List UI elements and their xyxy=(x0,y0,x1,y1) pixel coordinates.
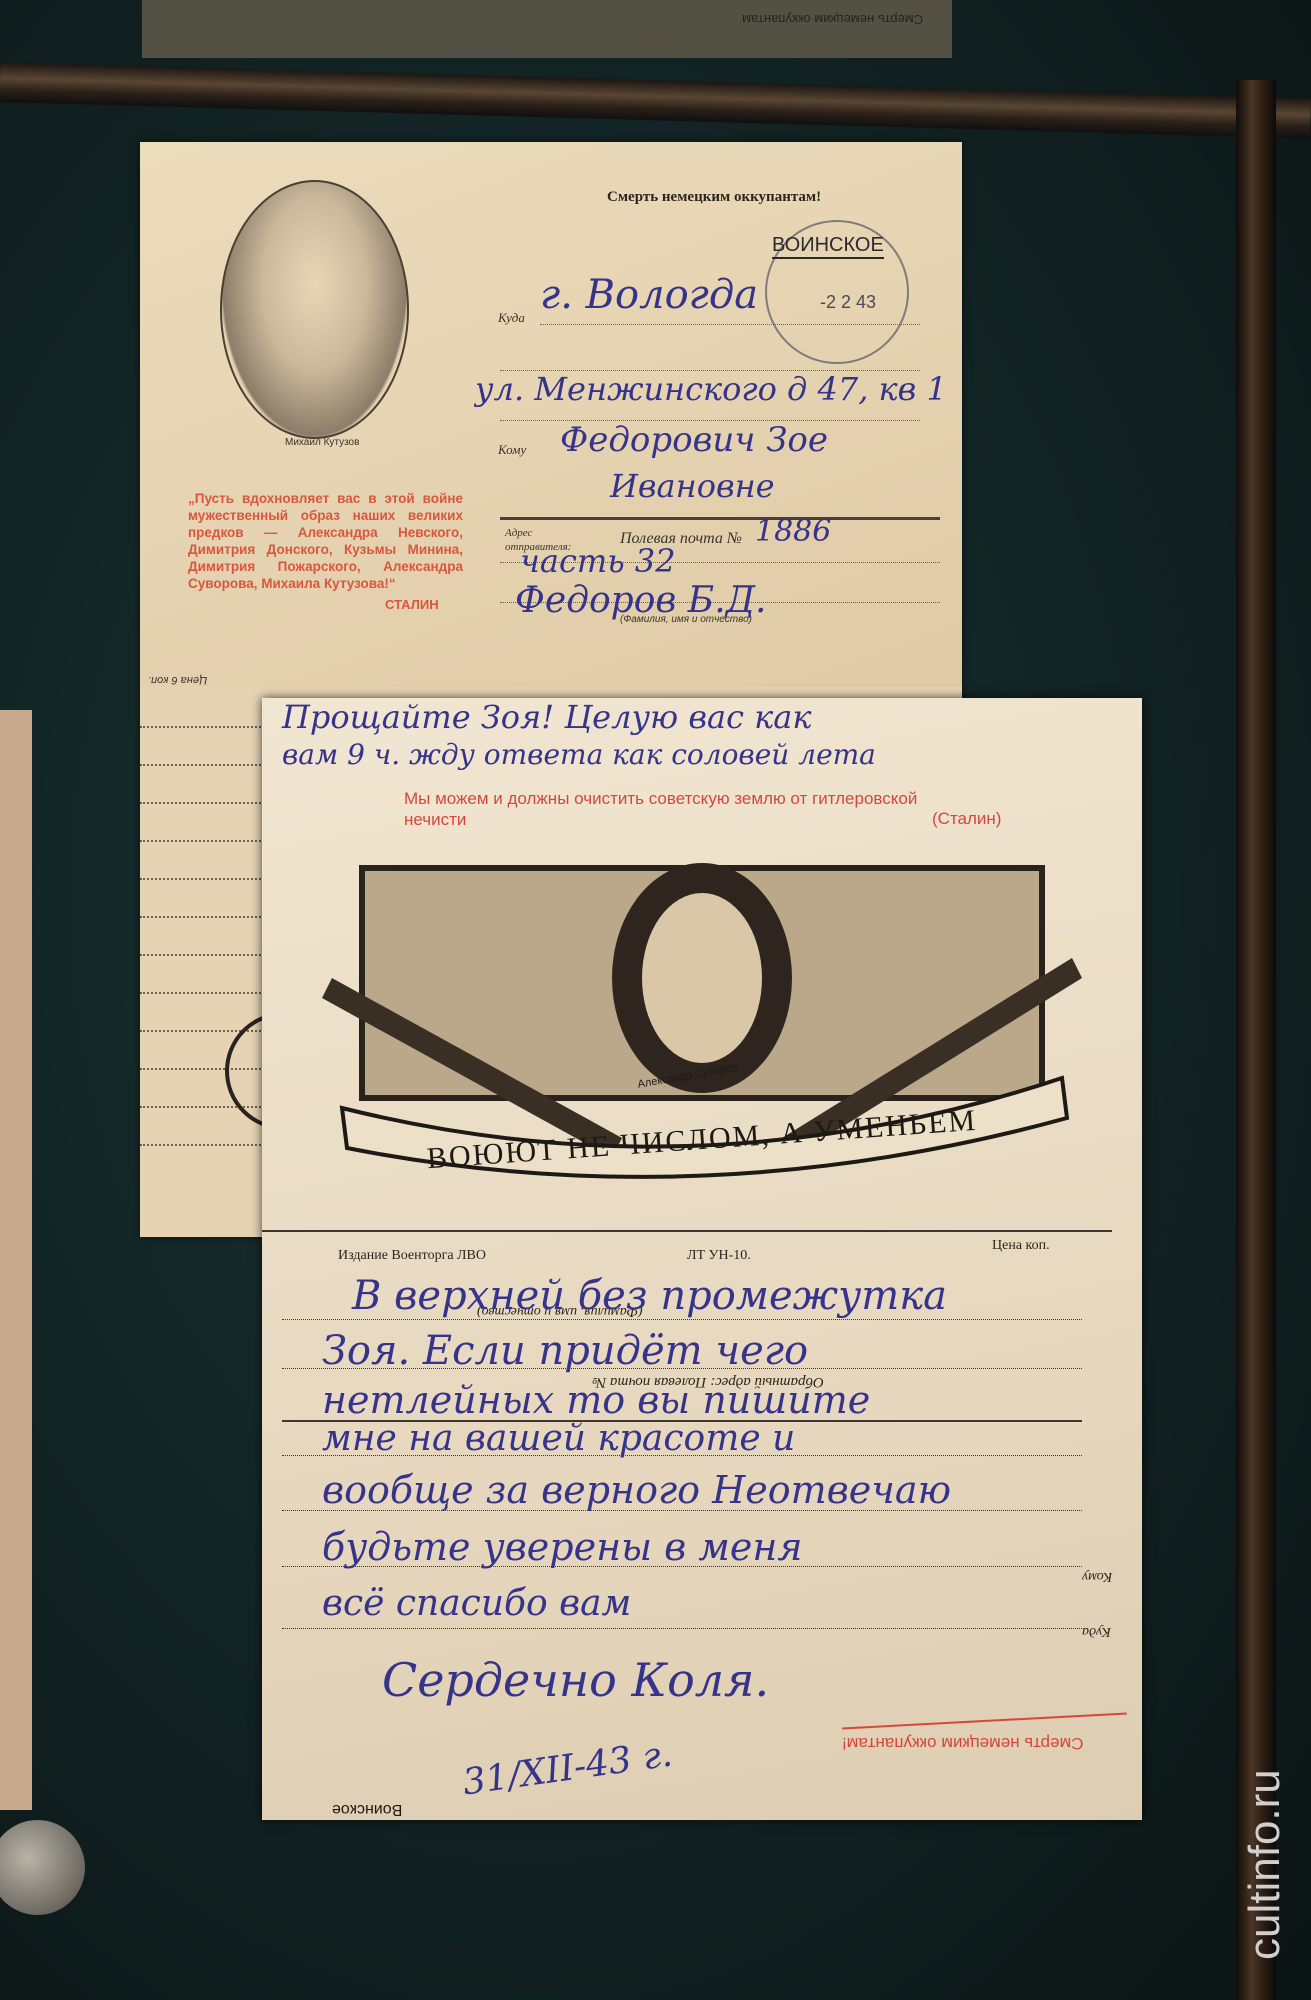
print-code: ЛТ УН-10. xyxy=(687,1248,751,1264)
signature: Сердечно Коля. xyxy=(382,1653,769,1707)
quote-author: СТАЛИН xyxy=(385,597,439,612)
writing-line-1 xyxy=(282,1319,1082,1320)
card-slogan: Смерть немецким оккупантам! xyxy=(607,189,821,206)
whom-name-line1: Федорович Зое xyxy=(560,420,828,460)
field-post-number: 1886 xyxy=(755,514,831,549)
frame-edge-top xyxy=(0,62,1311,139)
portrait-caption: Михаил Кутузов xyxy=(285,437,359,448)
body-line-1: В верхней без промежутка xyxy=(352,1273,947,1319)
letter-date: 31/XII-43 г. xyxy=(460,1734,675,1804)
coin xyxy=(0,1820,85,1915)
letter-top-line-2: вам 9 ч. жду ответа как соловей лета xyxy=(282,738,876,771)
reversed-where: Куда xyxy=(1082,1623,1111,1639)
postmark-label: ВОИНСКОЕ xyxy=(772,234,884,259)
unit-number: часть 32 xyxy=(520,542,676,580)
kutuzov-portrait-icon xyxy=(220,180,409,439)
to-label: Куда xyxy=(498,310,525,326)
background-document-top: Смерть немецким оккупантам xyxy=(142,0,952,58)
body-line-2: Зоя. Если придёт чего xyxy=(322,1328,808,1374)
postmark-date: -2 2 43 xyxy=(820,292,876,313)
reversed-slogan: Смерть немецким оккупантам! xyxy=(842,1733,1083,1753)
body-line-4: мне на вашей красоте и xyxy=(322,1418,795,1459)
letter-slogan: Мы можем и должны очистить советскую зем… xyxy=(404,788,924,830)
watermark: cultinfo.ru xyxy=(1240,1769,1290,1960)
publisher: Издание Военторга ЛВО xyxy=(338,1248,486,1264)
field-letter: Прощайте Зоя! Целую вас как вам 9 ч. жду… xyxy=(262,698,1142,1820)
letter-top-line-1: Прощайте Зоя! Целую вас как xyxy=(282,698,811,736)
card-price: Цена 6 коп. xyxy=(148,674,207,686)
reversed-type-label: Воинское xyxy=(332,1800,402,1818)
whom-name-line2: Ивановне xyxy=(610,467,775,505)
writing-line-7 xyxy=(282,1628,1082,1629)
to-line xyxy=(540,324,920,325)
body-line-7: всё спасибо вам xyxy=(322,1583,631,1624)
partial-document-left xyxy=(0,710,32,1810)
publisher-rule xyxy=(262,1230,1112,1232)
background-document-text: Смерть немецким оккупантам xyxy=(742,12,923,27)
letter-price: Цена коп. xyxy=(992,1238,1050,1254)
address-divider xyxy=(500,517,940,520)
to-city: г. Вологда xyxy=(540,272,758,318)
stalin-quote: „Пусть вдохновляет вас в этой войне муже… xyxy=(188,490,463,592)
card-address-side: Михаил Кутузов „Пусть вдохновляет вас в … xyxy=(140,142,962,687)
letter-slogan-author: (Сталин) xyxy=(932,809,1001,829)
card-writing-lines xyxy=(140,690,280,1230)
photo-scene: Смерть немецким оккупантам Михаил Кутузо… xyxy=(0,0,1311,2000)
reversed-slogan-rule xyxy=(842,1713,1127,1730)
whom-label: Кому xyxy=(498,442,526,458)
reversed-whom: Кому xyxy=(1082,1568,1112,1584)
body-line-6: будьте уверены в меня xyxy=(322,1525,803,1569)
to-street: ул. Менжинского д 47, кв 1 xyxy=(475,370,947,408)
frame-edge-right xyxy=(1236,80,1276,2000)
body-line-5: вообще за верного Неотвечаю xyxy=(322,1468,951,1512)
name-hint: (Фамилия, имя и отчество) xyxy=(620,614,752,625)
body-line-3: нетлейных то вы пишите xyxy=(322,1378,870,1422)
